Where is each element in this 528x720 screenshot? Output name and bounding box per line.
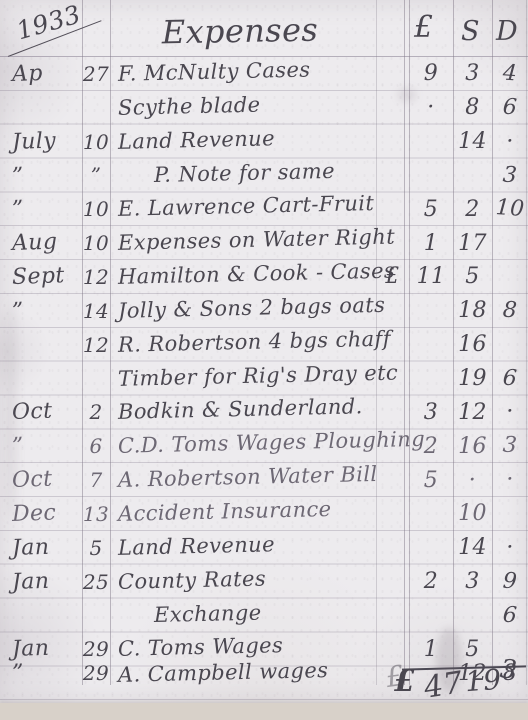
shillings-cell: 5 xyxy=(453,260,492,294)
shillings-cell: 8 xyxy=(453,91,492,125)
col-header-pounds: £ xyxy=(414,10,434,45)
year-label: 1933 xyxy=(13,0,84,45)
ledger-row: Jan 25 County Rates 2 3 9 xyxy=(0,565,528,599)
day-cell: 13 xyxy=(82,497,110,531)
ink-smudge xyxy=(436,628,462,692)
pounds-cell: 11 xyxy=(409,260,453,294)
total-currency-symbol: £ xyxy=(394,664,415,699)
photo-edge xyxy=(0,703,528,720)
ledger-row: Jan 5 Land Revenue 14 · xyxy=(0,531,528,565)
ledger-row: Scythe blade · 8 6 xyxy=(0,91,528,125)
ledger-row: Timber for Rig's Dray etc 19 6 xyxy=(0,362,528,396)
currency-prefix-cell xyxy=(376,531,409,565)
day-cell: 10 xyxy=(82,192,110,226)
pounds-cell xyxy=(409,497,453,531)
pence-cell: · xyxy=(491,530,528,566)
pence-cell: 3 xyxy=(491,428,528,464)
pence-cell xyxy=(491,259,528,295)
month-cell: Ap xyxy=(0,56,83,93)
shillings-cell: 2 xyxy=(453,192,492,226)
description-cell: Scythe blade xyxy=(110,85,377,125)
description-cell: Land Revenue xyxy=(110,525,377,565)
day-cell: 5 xyxy=(82,531,110,565)
day-cell: 12 xyxy=(82,260,110,294)
day-cell xyxy=(82,91,110,125)
month-cell: Jan xyxy=(0,529,83,566)
currency-prefix-cell xyxy=(376,463,409,497)
pence-cell: 9 xyxy=(491,563,528,599)
month-cell: ” xyxy=(0,656,82,690)
currency-prefix-cell xyxy=(376,159,409,193)
currency-prefix-cell xyxy=(376,125,409,159)
pence-cell: · xyxy=(491,394,528,430)
description-cell: A. Campbell wages xyxy=(110,652,377,692)
col-header-pence: D xyxy=(496,16,518,47)
col-header-shillings: S xyxy=(461,16,480,47)
pence-cell: 6 xyxy=(491,597,528,633)
currency-prefix-cell xyxy=(376,565,409,599)
ledger-row: 12 R. Robertson 4 bgs chaff 16 xyxy=(0,328,528,362)
pounds-cell: 3 xyxy=(409,395,453,429)
total-shillings: 19 xyxy=(464,663,503,698)
ledger-row: Aug 10 Expenses on Water Right 1 17 xyxy=(0,226,528,260)
shillings-cell: 16 xyxy=(453,429,492,463)
month-cell: ” xyxy=(0,157,83,194)
pounds-cell xyxy=(409,362,453,396)
ledger-row: Sept 12 Hamilton & Cook - Cases £ 11 5 xyxy=(0,260,528,294)
pounds-cell: 5 xyxy=(409,192,453,226)
ledger-row: Oct 2 Bodkin & Sunderland. 3 12 · xyxy=(0,395,528,429)
ledger-row: Oct 7 A. Robertson Water Bill 5 · · xyxy=(0,463,528,497)
pence-cell: · xyxy=(491,123,528,159)
day-cell: 29 xyxy=(82,656,110,690)
description-cell: County Rates xyxy=(110,559,377,599)
ledger-row: Ap 27 F. McNulty Cases 9 3 4 xyxy=(0,57,528,91)
pence-cell xyxy=(491,225,528,261)
ledger-row: ” 14 Jolly & Sons 2 bags oats 18 8 xyxy=(0,294,528,328)
ledger-row: Dec 13 Accident Insurance 10 xyxy=(0,497,528,531)
description-cell: Land Revenue xyxy=(110,119,377,159)
currency-prefix-cell xyxy=(376,192,409,226)
pence-cell: 3 xyxy=(491,157,528,193)
pounds-cell: 1 xyxy=(409,226,453,260)
pence-cell xyxy=(491,496,528,532)
day-cell: 10 xyxy=(82,125,110,159)
shillings-cell: 10 xyxy=(453,497,492,531)
shillings-cell: 14 xyxy=(453,125,492,159)
shillings-cell: 12 xyxy=(453,395,492,429)
pounds-cell: 2 xyxy=(409,565,453,599)
pounds-cell: 5 xyxy=(409,463,453,497)
day-cell: 27 xyxy=(82,57,110,91)
ledger-row: July 10 Land Revenue 14 · xyxy=(0,125,528,159)
description-cell: Jolly & Sons 2 bags oats xyxy=(110,288,377,328)
day-cell: 14 xyxy=(82,294,110,328)
shillings-cell: 3 xyxy=(453,57,492,91)
day-cell: 7 xyxy=(82,463,110,497)
ledger-row: ” ” P. Note for same 3 xyxy=(0,159,528,193)
currency-prefix-cell xyxy=(376,497,409,531)
day-cell: 10 xyxy=(82,226,110,260)
pounds-cell xyxy=(409,159,453,193)
pence-cell: 4 xyxy=(491,56,528,92)
pence-cell: 10 xyxy=(491,191,528,227)
shillings-cell: 14 xyxy=(453,531,492,565)
month-cell: ” xyxy=(0,191,83,228)
pounds-cell xyxy=(409,294,453,328)
day-cell: 25 xyxy=(82,565,110,599)
shillings-cell: 3 xyxy=(453,565,492,599)
pounds-cell xyxy=(409,531,453,565)
month-cell xyxy=(0,89,83,126)
ledger-rows: Ap 27 F. McNulty Cases 9 3 4 Scythe blad… xyxy=(0,56,528,700)
month-cell: Sept xyxy=(0,259,83,296)
month-cell xyxy=(0,597,83,634)
ledger-row: ” 10 E. Lawrence Cart-Fruit 5 2 10 xyxy=(0,192,528,226)
month-cell: Jan xyxy=(0,563,83,600)
ink-smudge xyxy=(398,88,416,102)
pence-cell xyxy=(491,327,528,363)
day-cell: 6 xyxy=(82,429,110,463)
page-title: Expenses xyxy=(140,10,341,51)
ledger-row: ” 6 C.D. Toms Wages Ploughing 2 16 3 xyxy=(0,429,528,463)
currency-prefix-cell xyxy=(376,599,409,633)
total-pence: 3 xyxy=(498,654,518,686)
ledger-photo: 1933 Expenses £ S D Ap 27 F. McNulty Cas… xyxy=(0,0,528,720)
day-cell: ” xyxy=(82,159,110,193)
currency-prefix-cell xyxy=(376,395,409,429)
day-cell: 12 xyxy=(82,328,110,362)
shillings-cell: 19 xyxy=(453,362,492,396)
currency-prefix-cell xyxy=(376,57,409,91)
pence-cell: 6 xyxy=(491,90,528,126)
month-cell: July xyxy=(0,123,83,160)
pounds-cell xyxy=(409,125,453,159)
day-cell xyxy=(82,362,110,396)
description-cell: R. Robertson 4 bgs chaff xyxy=(110,322,377,362)
pence-cell: · xyxy=(491,462,528,498)
shillings-cell: 18 xyxy=(453,294,492,328)
shillings-cell: 17 xyxy=(453,226,492,260)
shillings-cell xyxy=(453,159,492,193)
pence-cell: 8 xyxy=(491,293,528,329)
description-cell: Accident Insurance xyxy=(110,491,377,531)
day-cell: 2 xyxy=(82,395,110,429)
day-cell xyxy=(82,599,110,633)
ledger-page: 1933 Expenses £ S D Ap 27 F. McNulty Cas… xyxy=(0,0,528,703)
shillings-cell: 16 xyxy=(453,328,492,362)
shillings-cell: · xyxy=(453,463,492,497)
pounds-cell xyxy=(409,328,453,362)
month-cell: Aug xyxy=(0,225,83,262)
pence-cell: 6 xyxy=(491,360,528,396)
shillings-cell xyxy=(453,599,492,633)
pounds-cell: 9 xyxy=(409,57,453,91)
paper-speckle-band xyxy=(6,300,16,520)
